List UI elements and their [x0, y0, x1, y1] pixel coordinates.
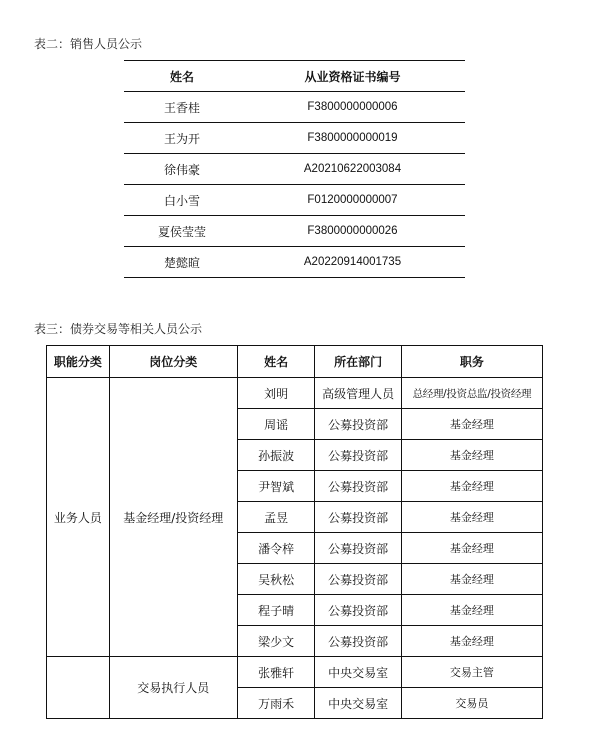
cell-name: 周谣	[237, 409, 315, 440]
cell-department: 公募投资部	[315, 595, 401, 626]
cell-function	[47, 657, 110, 719]
column-header-cert: 从业资格证书编号	[240, 61, 465, 92]
cell-duty: 基金经理	[401, 564, 542, 595]
cell-name: 孟昱	[237, 502, 315, 533]
cell-duty: 基金经理	[401, 626, 542, 657]
sales-staff-table: 姓名 从业资格证书编号 王香桂 F3800000000006 王为开 F3800…	[124, 60, 465, 278]
table-header-row: 职能分类 岗位分类 姓名 所在部门 职务	[47, 346, 543, 378]
cell-cert: F3800000000026	[240, 216, 465, 247]
table-row: 交易执行人员 张雅轩 中央交易室 交易主管	[47, 657, 543, 688]
cell-duty: 交易员	[401, 688, 542, 719]
cell-name: 楚懿暄	[124, 247, 240, 278]
cell-department: 中央交易室	[315, 688, 401, 719]
table-header-row: 姓名 从业资格证书编号	[124, 61, 465, 92]
cell-duty: 基金经理	[401, 471, 542, 502]
cell-name: 梁少文	[237, 626, 315, 657]
table-row: 业务人员 基金经理/投资经理 刘明 高级管理人员 总经理/投资总监/投资经理	[47, 378, 543, 409]
cell-department: 公募投资部	[315, 626, 401, 657]
column-header-department: 所在部门	[315, 346, 401, 378]
column-header-duty: 职务	[401, 346, 542, 378]
cell-duty: 交易主管	[401, 657, 542, 688]
column-header-function: 职能分类	[47, 346, 110, 378]
cell-cert: F3800000000019	[240, 123, 465, 154]
cell-cert: F0120000000007	[240, 185, 465, 216]
cell-department: 高级管理人员	[315, 378, 401, 409]
cell-name: 张雅轩	[237, 657, 315, 688]
cell-function: 业务人员	[47, 378, 110, 657]
table-row: 王香桂 F3800000000006	[124, 92, 465, 123]
column-header-position: 岗位分类	[109, 346, 237, 378]
cell-duty: 基金经理	[401, 533, 542, 564]
cell-position: 交易执行人员	[109, 657, 237, 719]
cell-department: 公募投资部	[315, 471, 401, 502]
table-row: 徐伟豪 A20210622003084	[124, 154, 465, 185]
bond-trading-staff-table: 职能分类 岗位分类 姓名 所在部门 职务 业务人员 基金经理/投资经理 刘明 高…	[46, 345, 543, 719]
cell-position: 基金经理/投资经理	[109, 378, 237, 657]
column-header-name: 姓名	[124, 61, 240, 92]
cell-duty: 基金经理	[401, 595, 542, 626]
cell-cert: A20220914001735	[240, 247, 465, 278]
table-row: 白小雪 F0120000000007	[124, 185, 465, 216]
cell-name: 万雨禾	[237, 688, 315, 719]
cell-name: 潘令梓	[237, 533, 315, 564]
cell-name: 刘明	[237, 378, 315, 409]
cell-duty: 基金经理	[401, 502, 542, 533]
cell-department: 公募投资部	[315, 564, 401, 595]
table-row: 楚懿暄 A20220914001735	[124, 247, 465, 278]
table-row: 夏侯莹莹 F3800000000026	[124, 216, 465, 247]
cell-name: 夏侯莹莹	[124, 216, 240, 247]
cell-name: 尹智斌	[237, 471, 315, 502]
cell-duty: 基金经理	[401, 409, 542, 440]
cell-name: 孙振波	[237, 440, 315, 471]
cell-name: 程子晴	[237, 595, 315, 626]
cell-name: 徐伟豪	[124, 154, 240, 185]
cell-duty: 总经理/投资总监/投资经理	[401, 378, 542, 409]
table-caption-bond-trading-staff: 表三：债券交易等相关人员公示	[34, 321, 202, 337]
cell-department: 公募投资部	[315, 502, 401, 533]
cell-cert: A20210622003084	[240, 154, 465, 185]
cell-name: 吴秋松	[237, 564, 315, 595]
column-header-name: 姓名	[237, 346, 315, 378]
table-row: 王为开 F3800000000019	[124, 123, 465, 154]
cell-duty: 基金经理	[401, 440, 542, 471]
cell-cert: F3800000000006	[240, 92, 465, 123]
cell-name: 白小雪	[124, 185, 240, 216]
cell-department: 公募投资部	[315, 409, 401, 440]
cell-name: 王香桂	[124, 92, 240, 123]
cell-department: 公募投资部	[315, 533, 401, 564]
cell-department: 公募投资部	[315, 440, 401, 471]
table-caption-sales-staff: 表二：销售人员公示	[34, 36, 142, 52]
cell-department: 中央交易室	[315, 657, 401, 688]
cell-name: 王为开	[124, 123, 240, 154]
